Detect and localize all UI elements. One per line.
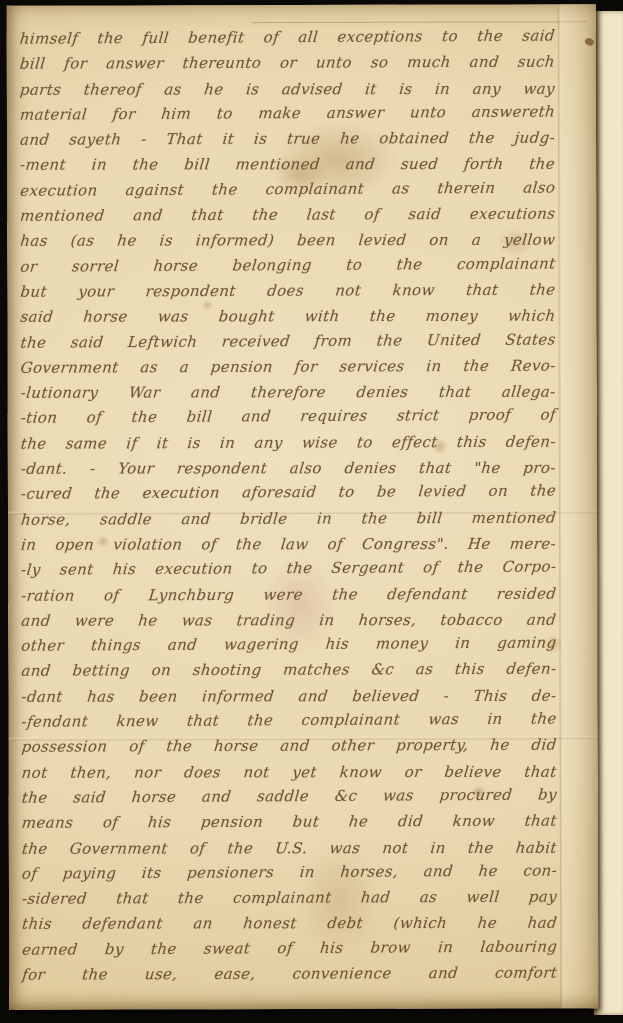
manuscript-line-12: said horse was bought with the money whi… [19,304,557,330]
manuscript-line-38: for the use, ease, convenience and comfo… [21,961,559,988]
manuscript-line-11: but your respondent does not know that t… [19,278,557,305]
adjacent-page-edge [594,11,623,1015]
manuscript-line-34: of paying its pensioners in horses, and … [21,858,559,887]
manuscript-line-22: -ly sent his execution to the Sergeant o… [20,555,558,584]
manuscript-line-29: possession of the horse and other proper… [20,733,558,760]
manuscript-line-2: bill for answer thereunto or unto so muc… [19,50,557,77]
manuscript-line-7: execution against the complainant as the… [19,175,557,204]
manuscript-line-35: -sidered that the complainant had as wel… [21,885,559,912]
manuscript-line-16: -tion of the bill and requires strict pr… [20,403,558,432]
manuscript-line-13: the said Leftwich received from the Unit… [19,327,557,356]
fold-margin [561,4,599,1008]
manuscript-line-9: has (as he is informed) been levied on a… [19,228,557,254]
manuscript-paper: himself the full benefit of all exceptio… [7,4,599,1010]
manuscript-line-23: -ration of Lynchburg were the defendant … [20,581,558,608]
manuscript-line-36: this defendant an honest debt (which he … [21,911,559,937]
manuscript-line-27: -dant has been informed and believed - T… [20,683,558,709]
manuscript-line-31: the said horse and saddle &c was procure… [21,782,559,811]
manuscript-line-6: -ment in the bill mentioned and sued for… [19,152,557,178]
manuscript-line-10: or sorrel horse belonging to the complai… [19,251,557,280]
manuscript-line-24: and were he was trading in horses, tobac… [20,608,558,634]
handwritten-text-block: himself the full benefit of all exceptio… [20,25,558,988]
manuscript-line-14: Government as a pension for services in … [19,353,557,380]
manuscript-line-30: not then, nor does not yet know or belie… [20,759,558,785]
manuscript-line-20: horse, saddle and bridle in the bill men… [20,505,558,532]
manuscript-line-26: and betting on shooting matches &c as th… [20,657,558,684]
manuscript-line-28: -fendant knew that the complainant was i… [20,706,558,735]
scanned-document-page: himself the full benefit of all exceptio… [0,0,623,1023]
manuscript-line-5: and sayeth - That it is true he obtained… [19,126,557,153]
manuscript-line-3: parts thereof as he is advised it is in … [19,76,557,102]
manuscript-line-8: mentioned and that the last of said exec… [19,202,557,229]
manuscript-line-17: the same if it is in any wise to effect … [20,429,558,456]
manuscript-line-25: other things and wagering his money in g… [20,631,558,660]
manuscript-line-1: himself the full benefit of all exceptio… [19,23,557,52]
manuscript-line-4: material for him to make answer unto ans… [19,99,557,128]
manuscript-line-19: -cured the execution aforesaid to be lev… [20,479,558,508]
manuscript-line-33: the Government of the U.S. was not in th… [21,835,559,861]
manuscript-line-37: earned by the sweat of his brow in labou… [21,934,559,963]
manuscript-line-32: means of his pension but he did know tha… [21,809,559,836]
